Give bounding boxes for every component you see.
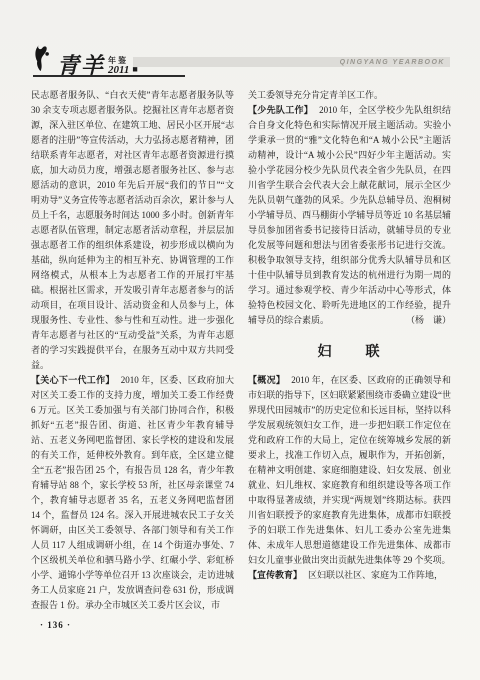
author-credit: （杨 谦） [406,313,451,328]
section-title: 【概况】 [248,375,285,385]
yearbook-page: { "header": { "logo": { "name": "青羊", "s… [0,0,480,680]
left-column: 民志愿者服务队、“白衣天使”青年志愿者服务队等 30 余支专项志愿者服务队。挖掘… [31,88,234,613]
section-next-generation-work: 【关心下一代工作】2010 年，区委、区政府加大对区关工委工作的支持力度，增加关… [31,373,234,613]
page-number: · 136 · [40,620,71,630]
section-text: 2010 年，区委、区政府加大对区关工委工作的支持力度，增加关工委工作经费 6 … [31,375,234,610]
chapter-heading-womens-federation: 妇 联 [248,345,451,360]
section-text: 区妇联以社区、家庭为工作阵地， [308,570,443,580]
paragraph-volunteer-continuation: 民志愿者服务队、“白衣天使”青年志愿者服务队等 30 余支专项志愿者服务队。挖掘… [31,88,234,373]
section-text: 2010 年，在区委、区政府的正确领导和市妇联的指导下，区妇联紧紧围绕市委确立建… [248,375,451,565]
header-band: QINGYANG YEARBOOK [133,57,450,67]
logo-title: 青羊 [57,55,105,77]
section-overview: 【概况】2010 年，在区委、区政府的正确领导和市妇联的指导下，区妇联紧紧围绕市… [248,373,451,568]
yearbook-logo: 青羊 年鉴 2011 ■ [33,44,138,77]
goat-logo-icon [33,44,53,77]
header-band-text: QINGYANG YEARBOOK [340,59,445,66]
logo-square-icon: ■ [132,65,137,77]
section-title: 【少先队工作】 [248,105,313,115]
section-text: 2010 年，全区学校少先队组织结合自身文化特色和实际情况开展主题活动。实验小学… [248,105,451,325]
section-young-pioneers-work: 【少先队工作】2010 年，全区学校少先队组织结合自身文化特色和实际情况开展主题… [248,103,451,328]
page-header: 青羊 年鉴 2011 ■ QINGYANG YEARBOOK [33,44,450,80]
right-column: 关工委领导充分肯定青羊区工作。 【少先队工作】2010 年，全区学校少先队组织结… [248,88,451,613]
logo-stack: 年鉴 2011 [108,57,129,77]
page-body: 民志愿者服务队、“白衣天使”青年志愿者服务队等 30 余支专项志愿者服务队。挖掘… [31,88,451,613]
section-title: 【宣传教育】 [248,570,302,580]
paragraph-carryover: 关工委领导充分肯定青羊区工作。 [248,88,451,103]
logo-year: 2011 [108,65,129,76]
section-publicity-education: 【宣传教育】区妇联以社区、家庭为工作阵地， [248,568,451,583]
section-title: 【关心下一代工作】 [31,375,115,385]
